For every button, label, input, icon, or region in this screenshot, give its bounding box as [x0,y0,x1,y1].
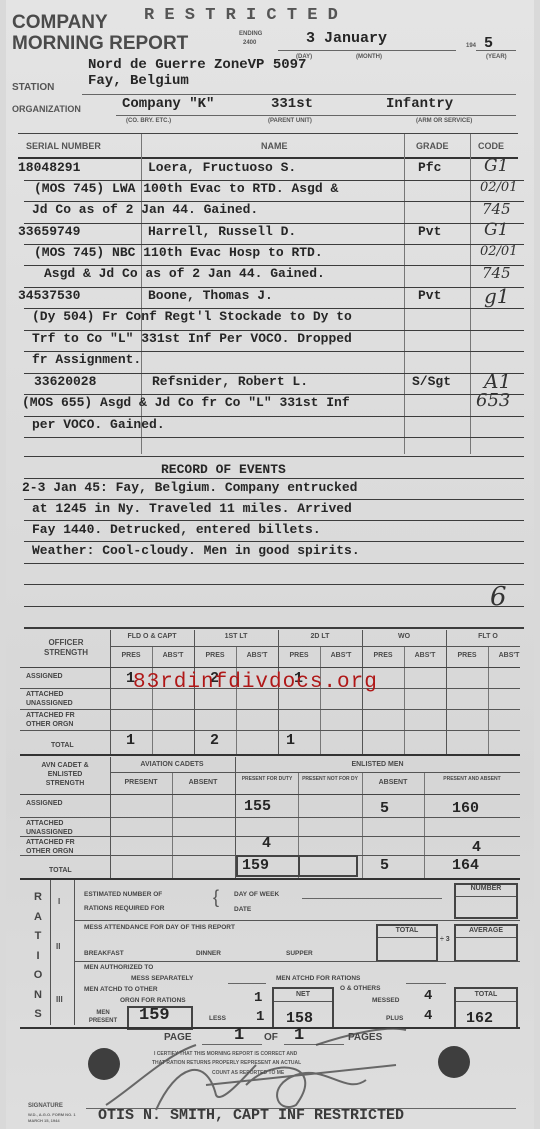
roster-remark: per VOCO. Gained. [32,417,165,432]
year-prefix: 194 [466,43,476,49]
1st-lt-pres-total: 2 [210,732,219,749]
classification-stamp: R E S T R I C T E D [144,6,338,25]
group-header: FLD O & CAPT [110,633,194,640]
col-present-for-duty: PRESENT FOR DUTY [237,775,297,783]
men-present-label: MEN PRESENT [88,1009,118,1025]
col-absent: ABSENT [172,779,234,786]
event-line: at 1245 in Ny. Traveled 11 miles. Arrive… [32,501,352,516]
estimated-rations-label: ESTIMATED NUMBER OF [84,891,162,898]
number-box-label: NUMBER [456,885,516,892]
handwritten-signature-icon [96,1025,416,1115]
rations-total-label: TOTAL [456,991,516,998]
day-of-week-label: DAY OF WEEK [234,891,279,898]
station-value: Fay, Belgium [88,73,189,89]
aviation-cadets-header: AVIATION CADETS [110,761,234,768]
enlisted-strength-title: AVN CADET & ENLISTED STRENGTH [30,761,100,788]
code: 02/01 [480,180,517,195]
pfd-assigned: 155 [244,798,271,815]
row-label-assigned: ASSIGNED [26,673,63,680]
code: 745 [482,264,511,282]
less-value: 1 [256,1009,264,1025]
col-header-grade: GRADE [416,141,449,151]
less-label: LESS [209,1015,226,1022]
section-ii-numeral: II [56,942,60,951]
messed-label: MESSED [372,997,399,1004]
col-present-and-absent: PRESENT AND ABSENT [426,775,518,783]
event-line: Weather: Cool-cloudy. Men in good spirit… [32,543,360,558]
record-of-events-heading: RECORD OF EVENTS [161,462,286,477]
fld-capt-pres-total: 1 [126,732,135,749]
men-atchd-for-rations-label: MEN ATCHD FOR RATIONS [276,975,360,982]
row-label-attached-unassigned: ATTACHED UNASSIGNED [26,690,96,708]
code: G1 [484,220,508,240]
org-company: Company "K" [122,96,214,112]
row-label-assigned: ASSIGNED [26,800,63,807]
year-sub: (YEAR) [486,54,507,60]
col-header-serial: SERIAL NUMBER [26,141,101,151]
code: g1 [484,284,510,308]
event-line: 2-3 Jan 45: Fay, Belgium. Company entruc… [22,480,357,495]
row-label-attached-unassigned: ATTACHED UNASSIGNED [26,819,96,837]
serial-number: 33620028 [34,374,96,389]
subcol-pres: PRES [194,652,236,659]
col-enlisted-absent: ABSENT [362,779,424,786]
organization-label: ORGANIZATION [12,104,81,114]
col-present-not-for-duty: PRESENT NOT FOR DY [300,775,360,783]
rations-letter: N [32,986,44,1006]
subcol-pres: PRES [362,652,404,659]
section-i-numeral: I [58,897,60,906]
subcol-pres: PRES [110,652,152,659]
col-present: PRESENT [110,779,172,786]
org-arm: Infantry [386,96,453,112]
grade: Pfc [418,160,441,175]
row-label-attached-other-orgn: ATTACHED FR OTHER ORGN [26,838,96,856]
code: 02/01 [480,244,517,259]
rations-total-value: 162 [466,1010,493,1027]
serial-number: 18048291 [18,160,80,175]
2d-lt-pres-total: 1 [286,732,295,749]
orgn-for-rations-label: ORGN FOR RATIONS [120,997,186,1004]
soldier-name: Refsnider, Robert L. [152,374,308,389]
subcol-abst: ABS'T [152,652,194,659]
subcol-pres: PRES [278,652,320,659]
code: 653 [476,390,510,411]
men-present-value: 159 [139,1006,170,1025]
ending-2400-label: 2400 [243,40,256,46]
rations-letter: R [32,888,44,908]
row-label-total: TOTAL [49,867,72,874]
form-number: W.D., A.G.O. FORM NO. 1 MARCH 15, 1944 [28,1112,88,1124]
org-sub-parent: (PARENT UNIT) [268,118,312,124]
roster-remark: (MOS 655) Asgd & Jd Co fr Co "L" 331st I… [22,395,350,410]
col-header-code: CODE [478,141,504,151]
present-absent-attached-other: 4 [472,839,481,856]
form-title-morning-report: MORNING REPORT [12,33,188,55]
men-authorized-label: MEN AUTHORIZED TO [84,964,153,971]
pfd-attached-other: 4 [262,835,271,852]
roster-remark: Trf to Co "L" 331st Inf Per VOCO. Droppe… [32,331,352,346]
estimated-rations-label-2: RATIONS REQUIRED FOR [84,905,164,912]
subcol-abst: ABS'T [320,652,362,659]
men-atchd-other-label: MEN ATCHD TO OTHER [84,986,158,993]
group-header: 2D LT [278,633,362,640]
signer-name: OTIS N. SMITH, CAPT INF RESTRICTED [98,1107,404,1124]
group-header: WO [362,633,446,640]
roster-remark: Jd Co as of 2 Jan 44. Gained. [32,202,258,217]
absent-assigned: 5 [380,800,389,817]
roster-remark: fr Assignment. [32,352,141,367]
date-label: DATE [234,906,251,913]
absent-total: 5 [380,857,389,874]
code: G1 [484,156,508,176]
grade: Pvt [418,288,441,303]
watermark-text: 83rdinfdivdocs.org [133,671,378,694]
ending-label: ENDING [239,31,262,37]
row-label-attached-other-orgn: ATTACHED FR OTHER ORGN [26,711,96,729]
divide-by-three: ÷ 3 [440,935,450,945]
morning-report-document: COMPANY R E S T R I C T E D MORNING REPO… [6,0,534,1129]
roster-remark: (MOS 745) LWA 100th Evac to RTD. Asgd & [34,181,338,196]
officer-strength-title: OFFICER STRENGTH [36,638,96,658]
location-line: Nord de Guerre ZoneVP 5097 [88,57,306,73]
station-label: STATION [12,82,54,93]
average-box-label: AVERAGE [456,927,516,934]
rations-side-label: R A T I O N S [32,888,44,1025]
report-date: 3 January [306,30,387,47]
mess-attendance-label: MESS ATTENDANCE FOR DAY OF THIS REPORT [84,924,235,931]
section-iii-numeral: III [56,995,63,1004]
grade: Pvt [418,224,441,239]
roster-remark: Asgd & Jd Co as of 2 Jan 44. Gained. [44,266,325,281]
rations-letter: S [32,1005,44,1025]
org-parent-unit: 331st [271,96,313,112]
rations-letter: A [32,908,44,928]
margin-mark: 6 [490,582,507,612]
soldier-name: Loera, Fructuoso S. [148,160,296,175]
subcol-abst: ABS'T [404,652,446,659]
atchd-other-value: 1 [254,990,262,1006]
breakfast-label: BREAKFAST [84,950,124,957]
soldier-name: Boone, Thomas J. [148,288,273,303]
serial-number: 34537530 [18,288,80,303]
signature-label: SIGNATURE [28,1103,63,1109]
rations-letter: I [32,947,44,967]
grade: S/Sgt [412,374,451,389]
net-label: NET [274,991,332,998]
group-header: FLT O [446,633,530,640]
group-header: 1ST LT [194,633,278,640]
subcol-pres: PRES [446,652,488,659]
form-title-company: COMPANY [12,12,108,34]
date-sub-month: (MONTH) [356,54,382,60]
plus-value: 4 [424,1008,432,1024]
officers-others-label: O & OTHERS [340,985,380,992]
present-absent-assigned: 160 [452,800,479,817]
rations-letter: O [32,966,44,986]
mess-separately-label: MESS SEPARATELY [131,975,193,982]
present-absent-total: 164 [452,857,479,874]
row-label-total: TOTAL [51,742,74,749]
brace-icon: { [213,887,219,908]
rations-letter: T [32,927,44,947]
mess-total-label: TOTAL [378,927,436,934]
subcol-abst: ABS'T [236,652,278,659]
pfd-total: 159 [242,857,269,874]
soldier-name: Harrell, Russell D. [148,224,296,239]
plus-label: PLUS [386,1015,403,1022]
supper-label: SUPPER [286,950,313,957]
roster-remark: (MOS 745) NBC 110th Evac Hosp to RTD. [34,245,323,260]
subcol-abst: ABS'T [488,652,530,659]
dinner-label: DINNER [196,950,221,957]
binder-hole-right [438,1046,470,1078]
col-header-name: NAME [261,141,288,151]
event-line: Fay 1440. Detrucked, entered billets. [32,522,321,537]
code: 745 [482,200,511,218]
roster-remark: (Dy 504) Fr Conf Regt'l Stockade to Dy t… [32,309,352,324]
org-sub-company: (CO. BRY. ETC.) [126,118,171,124]
org-sub-arm: (ARM OR SERVICE) [416,118,472,124]
others-messed-value: 4 [424,988,432,1004]
serial-number: 33659749 [18,224,80,239]
enlisted-men-header: ENLISTED MEN [235,761,520,768]
